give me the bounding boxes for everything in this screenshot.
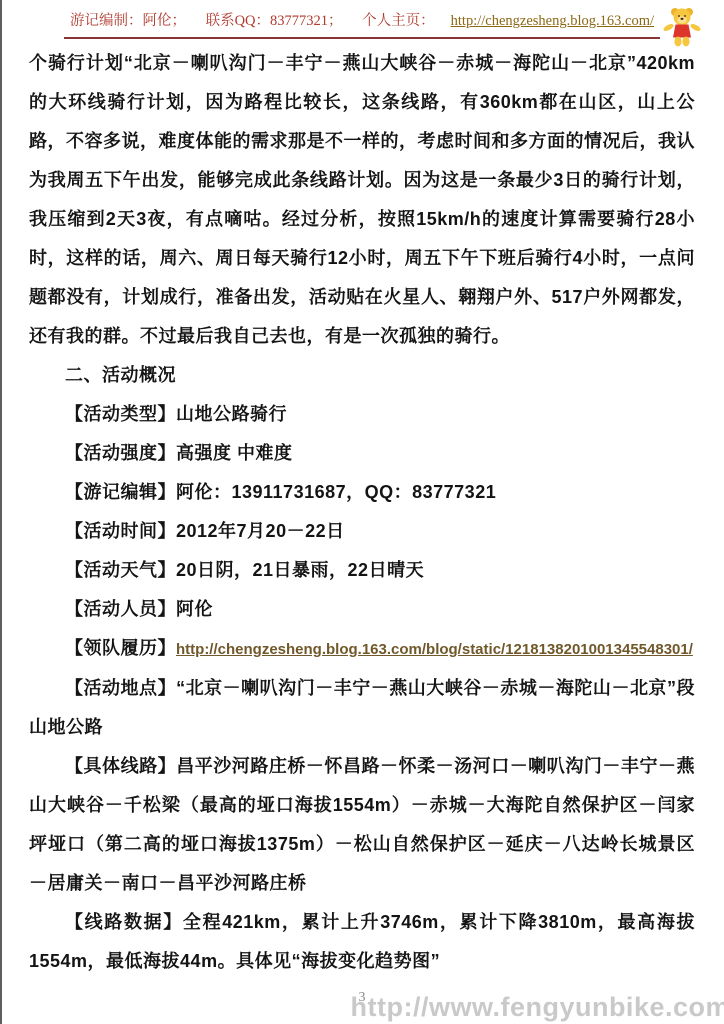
leader-history-link[interactable]: http://chengzesheng.blog.163.com/blog/st… bbox=[176, 641, 693, 658]
info-value: 高强度 中难度 bbox=[176, 443, 293, 463]
header-credit: 游记编制：阿伦； bbox=[70, 13, 186, 29]
info-label: 【活动时间】 bbox=[65, 521, 176, 541]
watermark-url: http://www.fengyunbike.com bbox=[350, 992, 724, 1023]
info-label: 【线路数据】 bbox=[65, 912, 183, 932]
header-homepage-link[interactable]: http://chengzesheng.blog.163.com/ bbox=[451, 13, 654, 29]
info-value: 2012年7月20－22日 bbox=[176, 521, 345, 541]
section-title: 二、活动概况 bbox=[29, 356, 695, 395]
info-activity-location: 【活动地点】“北京－喇叭沟门－丰宁－燕山大峡谷－赤城－海陀山－北京”段山地公路 bbox=[29, 669, 695, 747]
info-journal-editor: 【游记编辑】阿伦：13911731687，QQ：83777321 bbox=[29, 473, 695, 512]
info-label: 【活动强度】 bbox=[65, 443, 176, 463]
page-header: 游记编制：阿伦； 联系QQ：83777321； 个人主页：http://chen… bbox=[0, 9, 724, 39]
info-activity-members: 【活动人员】阿伦 bbox=[29, 590, 695, 629]
info-label: 【游记编辑】 bbox=[65, 482, 176, 502]
info-value: 阿伦 bbox=[176, 599, 213, 619]
header-qq: 联系QQ：83777321； bbox=[206, 13, 343, 29]
info-value: 20日阴，21日暴雨，22日晴天 bbox=[176, 560, 424, 580]
info-activity-intensity: 【活动强度】高强度 中难度 bbox=[29, 434, 695, 473]
info-label: 【活动地点】 bbox=[65, 678, 176, 698]
info-route-detail: 【具体线路】昌平沙河路庄桥－怀昌路－怀柔－汤河口－喇叭沟门－丰宁－燕山大峡谷－千… bbox=[29, 747, 695, 903]
document-page: 游记编制：阿伦； 联系QQ：83777321； 个人主页：http://chen… bbox=[0, 0, 724, 1024]
info-route-data: 【线路数据】全程421km，累计上升3746m，累计下降3810m，最高海拔15… bbox=[29, 903, 695, 981]
info-value: 山地公路骑行 bbox=[176, 404, 287, 424]
info-label: 【领队履历】 bbox=[65, 638, 176, 658]
info-activity-weather: 【活动天气】20日阴，21日暴雨，22日晴天 bbox=[29, 551, 695, 590]
info-value: 昌平沙河路庄桥－怀昌路－怀柔－汤河口－喇叭沟门－丰宁－燕山大峡谷－千松梁（最高的… bbox=[29, 756, 695, 893]
info-label: 【活动天气】 bbox=[65, 560, 176, 580]
info-leader-history: 【领队履历】http://chengzesheng.blog.163.com/b… bbox=[29, 629, 695, 669]
info-label: 【活动人员】 bbox=[65, 599, 176, 619]
page-left-edge bbox=[0, 0, 2, 1024]
document-body: 个骑行计划“北京－喇叭沟门－丰宁－燕山大峡谷－赤城－海陀山－北京”420km的大… bbox=[29, 44, 695, 981]
info-label: 【具体线路】 bbox=[65, 756, 176, 776]
pooh-bear-icon bbox=[662, 4, 702, 48]
info-value: 阿伦：13911731687，QQ：83777321 bbox=[176, 482, 496, 502]
info-activity-type: 【活动类型】山地公路骑行 bbox=[29, 395, 695, 434]
header-homepage-label: 个人主页： bbox=[362, 13, 435, 29]
body-paragraph: 个骑行计划“北京－喇叭沟门－丰宁－燕山大峡谷－赤城－海陀山－北京”420km的大… bbox=[29, 44, 695, 356]
header-rule: 游记编制：阿伦； 联系QQ：83777321； 个人主页：http://chen… bbox=[64, 9, 660, 39]
info-activity-time: 【活动时间】2012年7月20－22日 bbox=[29, 512, 695, 551]
info-label: 【活动类型】 bbox=[65, 404, 176, 424]
